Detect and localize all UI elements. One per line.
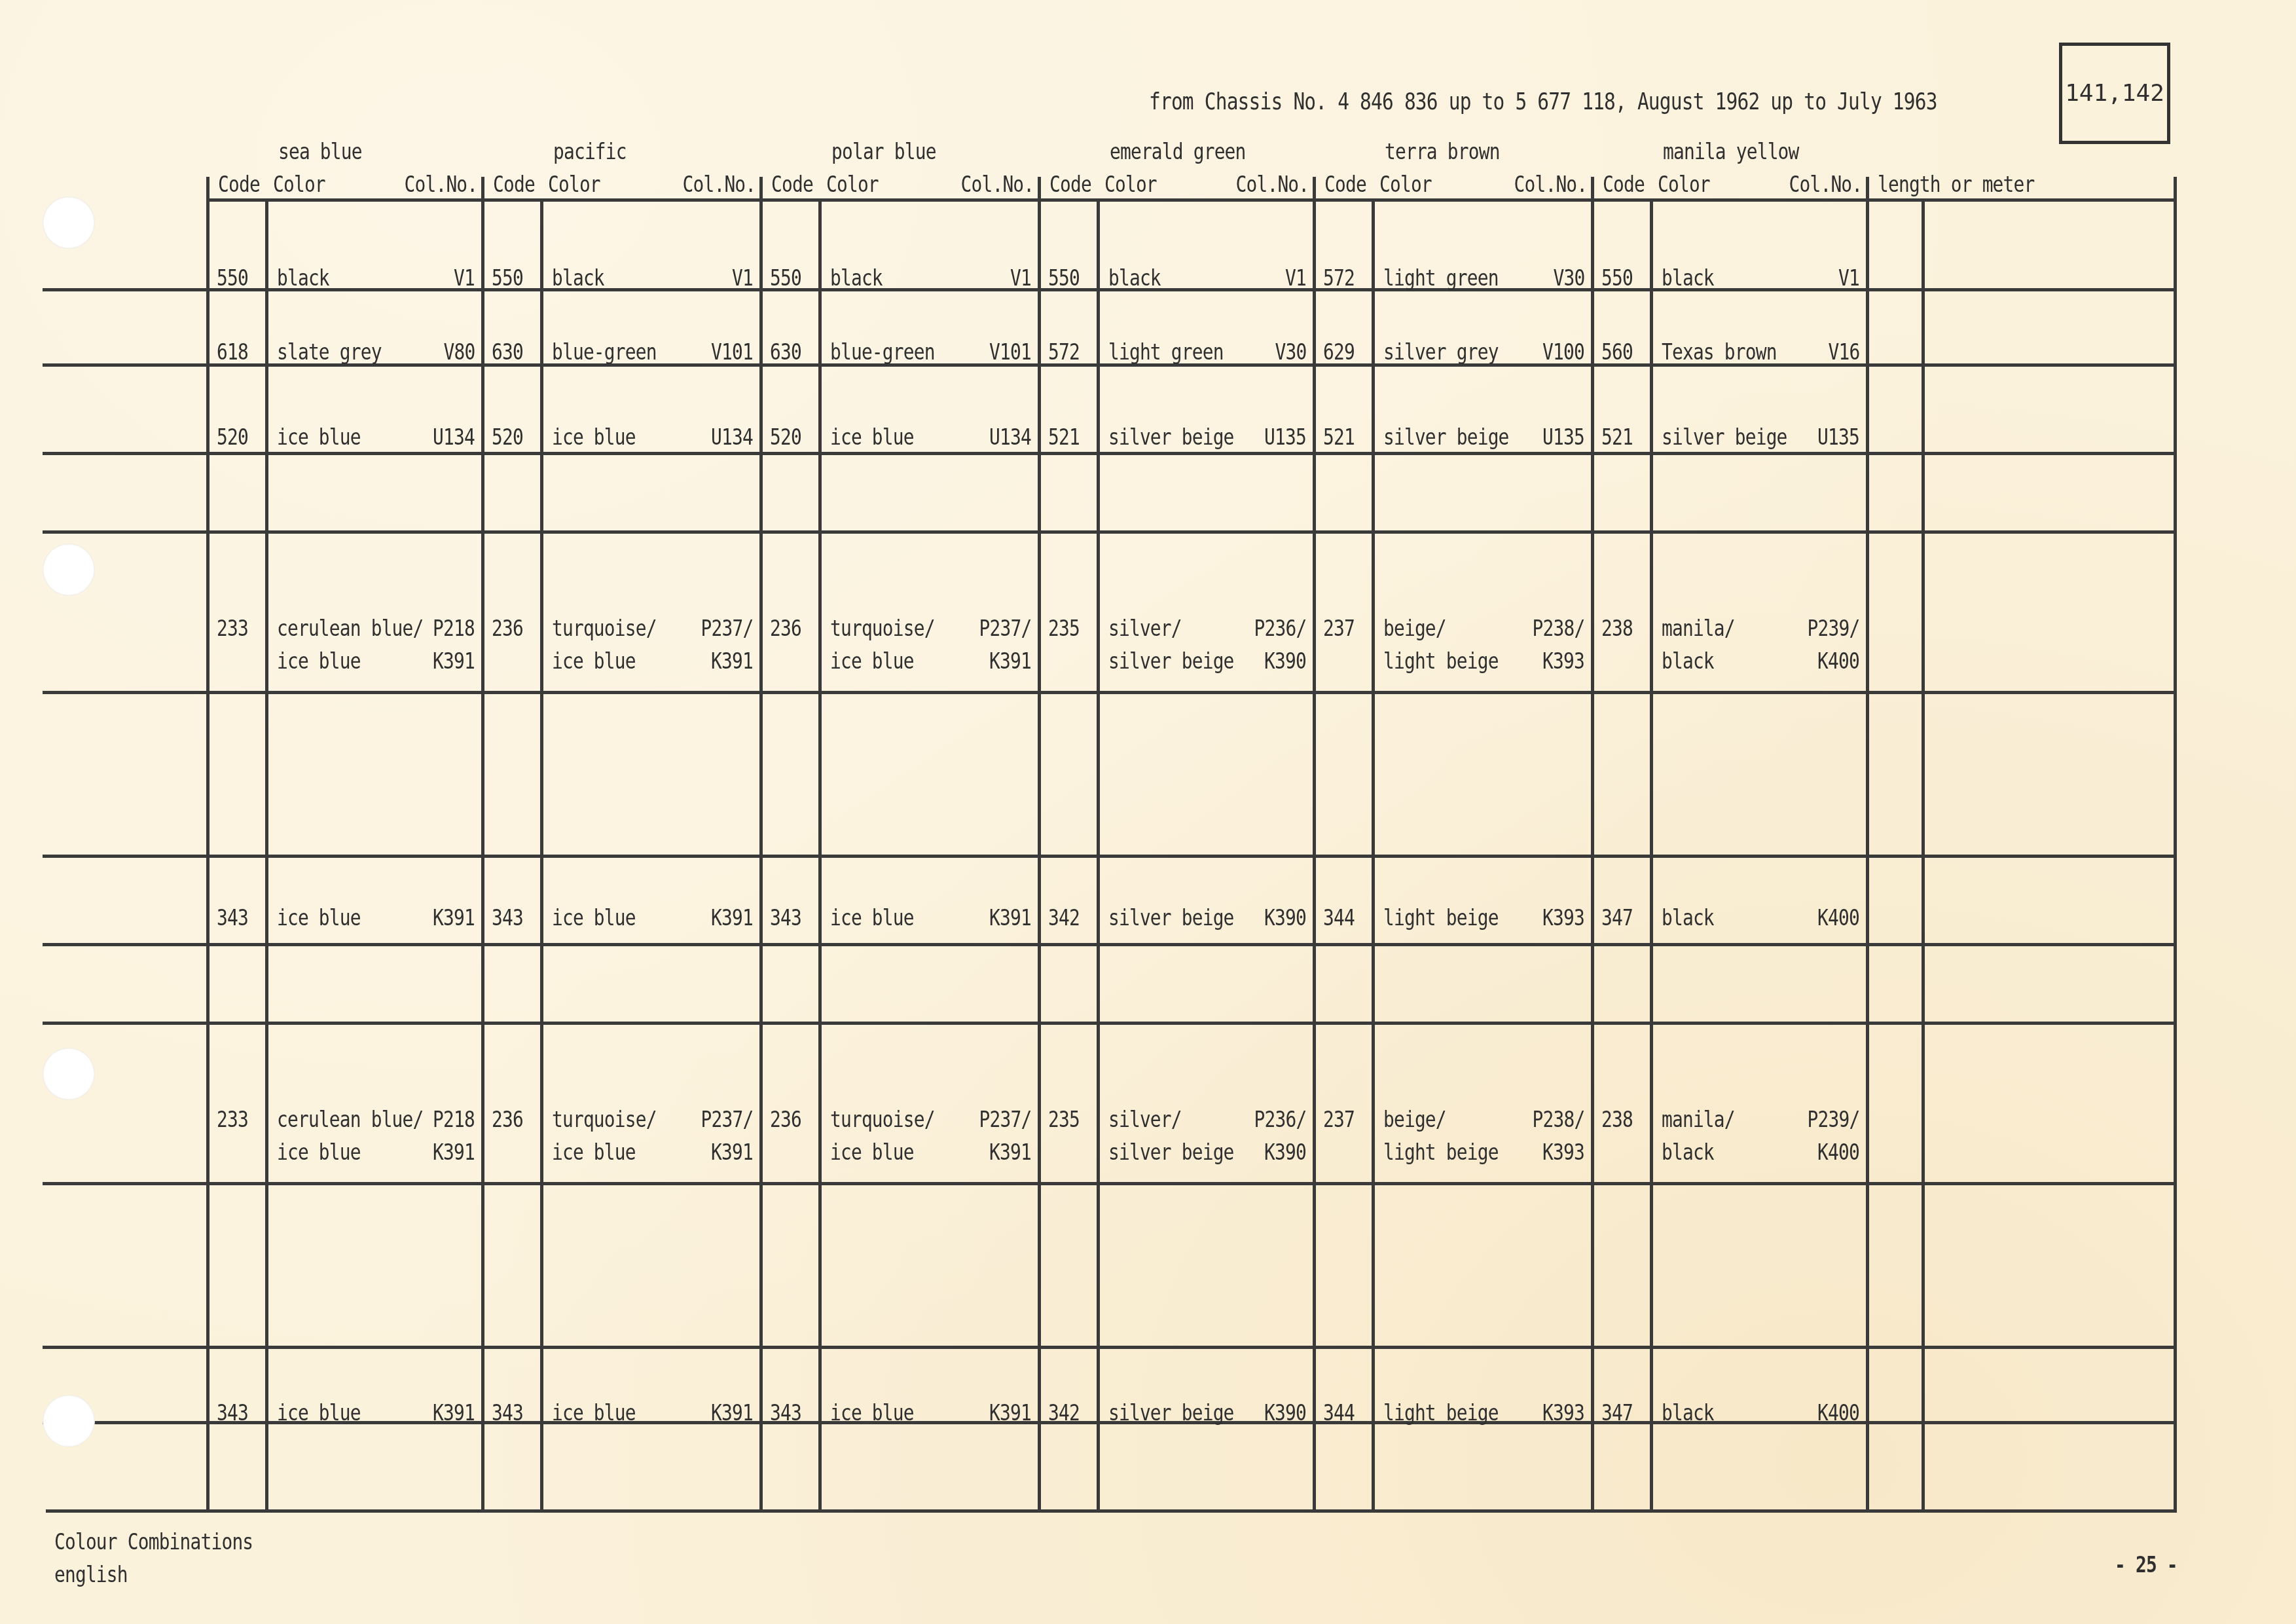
cell-code: 521 [1048, 424, 1080, 451]
column-rule [1097, 198, 1100, 1513]
cell-col-no: V1 [1010, 265, 1031, 291]
cell-code: 233 [217, 616, 248, 642]
cell-code: 550 [217, 265, 248, 291]
cell-color: light beige [1383, 1400, 1499, 1426]
cell-color: silver beige [1108, 424, 1234, 451]
column-rule [265, 198, 268, 1513]
cell-col-no: P238/ [1532, 616, 1584, 642]
cell-code: 520 [492, 424, 523, 451]
cell-color: black [1108, 265, 1161, 291]
cell-col-no: V1 [732, 265, 753, 291]
cell-color-secondary: black [1662, 1139, 1714, 1166]
cell-col-no: P236/ [1254, 1107, 1306, 1133]
column-rule [2174, 177, 2177, 1513]
row-rule [43, 1346, 2177, 1349]
cell-color-secondary: ice blue [277, 1139, 361, 1166]
footer-title: Colour Combinations [54, 1529, 253, 1555]
cell-color: ice blue [552, 424, 636, 451]
cell-col-no-secondary: K393 [1542, 1139, 1584, 1166]
column-header-color: Color [1104, 172, 1157, 198]
punch-hole [43, 1395, 95, 1447]
column-rule [818, 198, 822, 1513]
cell-color-secondary: ice blue [277, 648, 361, 674]
cell-code: 238 [1601, 1107, 1633, 1133]
cell-col-no: K391 [433, 905, 475, 931]
column-rule [1650, 198, 1653, 1513]
cell-code: 520 [217, 424, 248, 451]
cell-color: silver beige [1383, 424, 1509, 451]
cell-code: 235 [1048, 1107, 1080, 1133]
cell-col-no: U134 [711, 424, 753, 451]
cell-color: ice blue [552, 905, 636, 931]
cell-col-no-secondary: K391 [711, 1139, 753, 1166]
cell-col-no: P237/ [701, 616, 753, 642]
header-rule [206, 198, 2177, 202]
cell-col-no: K390 [1264, 905, 1306, 931]
cell-col-no: U135 [1264, 424, 1306, 451]
cell-col-no: K400 [1817, 905, 1859, 931]
cell-code: 343 [770, 1400, 801, 1426]
cell-col-no-secondary: K391 [433, 648, 475, 674]
cell-color: Texas brown [1662, 339, 1777, 365]
row-rule [46, 1509, 2177, 1513]
cell-col-no: K390 [1264, 1400, 1306, 1426]
cell-code: 630 [492, 339, 523, 365]
cell-color-secondary: ice blue [830, 648, 914, 674]
cell-color-secondary: silver beige [1108, 648, 1234, 674]
page-number: - 25 - [2115, 1552, 2178, 1578]
column-rule [759, 177, 763, 1513]
column-rule [1922, 198, 1925, 1513]
cell-code: 344 [1323, 905, 1355, 931]
cell-code: 520 [770, 424, 801, 451]
cell-col-no: V80 [443, 339, 475, 365]
cell-code: 236 [770, 616, 801, 642]
cell-code: 550 [770, 265, 801, 291]
cell-code: 236 [492, 616, 523, 642]
cell-col-no: K391 [711, 905, 753, 931]
cell-code: 550 [1048, 265, 1080, 291]
cell-col-no: K400 [1817, 1400, 1859, 1426]
column-header-col-no: Col.No. [1514, 172, 1587, 198]
column-rule [1313, 177, 1316, 1513]
cell-color: ice blue [552, 1400, 636, 1426]
cell-code: 630 [770, 339, 801, 365]
cell-col-no: K391 [989, 905, 1031, 931]
cell-code: 236 [492, 1107, 523, 1133]
row-rule [43, 855, 2177, 858]
cell-col-no: K391 [989, 1400, 1031, 1426]
cell-code: 347 [1601, 1400, 1633, 1426]
model-number-box: 141,142 [2059, 43, 2170, 144]
cell-color: ice blue [277, 905, 361, 931]
cell-code: 521 [1323, 424, 1355, 451]
column-rule [206, 177, 210, 1513]
cell-code: 237 [1323, 616, 1355, 642]
cell-code: 343 [217, 1400, 248, 1426]
cell-col-no-secondary: K400 [1817, 648, 1859, 674]
cell-color: black [1662, 905, 1714, 931]
column-header-code: Code [1049, 172, 1091, 198]
cell-col-no: P218 [433, 616, 475, 642]
cell-col-no: U134 [433, 424, 475, 451]
cell-col-no-secondary: K393 [1542, 648, 1584, 674]
cell-color: black [552, 265, 604, 291]
cell-col-no: P237/ [979, 1107, 1031, 1133]
column-header-col-no: Col.No. [404, 172, 477, 198]
cell-color: beige/ [1383, 1107, 1446, 1133]
cell-color: silver beige [1108, 905, 1234, 931]
row-rule [43, 691, 2177, 694]
cell-color: ice blue [830, 1400, 914, 1426]
cell-col-no: K391 [711, 1400, 753, 1426]
cell-code: 629 [1323, 339, 1355, 365]
cell-col-no: P237/ [701, 1107, 753, 1133]
column-header-col-no: Col.No. [960, 172, 1034, 198]
cell-code: 572 [1323, 265, 1355, 291]
cell-color: manila/ [1662, 616, 1735, 642]
cell-code: 233 [217, 1107, 248, 1133]
cell-code: 343 [492, 905, 523, 931]
footer-language: english [54, 1562, 128, 1588]
punch-hole [43, 1048, 95, 1100]
cell-color: ice blue [830, 905, 914, 931]
cell-col-no: K391 [433, 1400, 475, 1426]
column-rule [1866, 177, 1869, 1513]
cell-color: ice blue [830, 424, 914, 451]
cell-color: black [1662, 265, 1714, 291]
cell-color: black [830, 265, 883, 291]
cell-color: turquoise/ [830, 616, 935, 642]
cell-code: 237 [1323, 1107, 1355, 1133]
cell-code: 343 [492, 1400, 523, 1426]
cell-color: ice blue [277, 424, 361, 451]
column-rule [1038, 177, 1041, 1513]
cell-col-no: V30 [1553, 265, 1584, 291]
cell-color: cerulean blue/ [277, 616, 424, 642]
column-header-col-no: Col.No. [1235, 172, 1309, 198]
cell-col-no: P238/ [1532, 1107, 1584, 1133]
cell-col-no-secondary: K391 [433, 1139, 475, 1166]
group-title-pacific: pacific [553, 139, 627, 165]
cell-color: silver beige [1662, 424, 1787, 451]
cell-col-no: V101 [711, 339, 753, 365]
cell-col-no: P237/ [979, 616, 1031, 642]
cell-col-no: U134 [989, 424, 1031, 451]
cell-col-no: K393 [1542, 1400, 1584, 1426]
row-rule [43, 530, 2177, 534]
cell-color-secondary: light beige [1383, 648, 1499, 674]
punch-hole [43, 196, 95, 249]
cell-color: silver grey [1383, 339, 1499, 365]
cell-code: 342 [1048, 1400, 1080, 1426]
cell-code: 236 [770, 1107, 801, 1133]
cell-col-no: V1 [1285, 265, 1306, 291]
column-rule [1372, 198, 1375, 1513]
cell-col-no-secondary: K400 [1817, 1139, 1859, 1166]
cell-col-no: P236/ [1254, 616, 1306, 642]
cell-col-no: V100 [1542, 339, 1584, 365]
column-header-code: Code [771, 172, 813, 198]
cell-color-secondary: silver beige [1108, 1139, 1234, 1166]
column-header-code: Code [218, 172, 260, 198]
group-title-polar-blue: polar blue [831, 139, 936, 165]
cell-code: 342 [1048, 905, 1080, 931]
column-header-color: Color [273, 172, 325, 198]
cell-color: light green [1108, 339, 1224, 365]
punch-hole [43, 544, 95, 596]
cell-code: 343 [770, 905, 801, 931]
cell-code: 235 [1048, 616, 1080, 642]
cell-code: 572 [1048, 339, 1080, 365]
column-rule [1591, 177, 1594, 1513]
cell-col-no: V101 [989, 339, 1031, 365]
cell-code: 347 [1601, 905, 1633, 931]
model-numbers: 141,142 [2065, 80, 2164, 107]
cell-color: manila/ [1662, 1107, 1735, 1133]
group-title-terra-brown: terra brown [1385, 139, 1500, 165]
cell-code: 560 [1601, 339, 1633, 365]
cell-color: blue-green [830, 339, 935, 365]
cell-code: 550 [492, 265, 523, 291]
column-header-length: length or meter [1878, 172, 2034, 198]
cell-color-secondary: ice blue [830, 1139, 914, 1166]
column-rule [540, 198, 543, 1513]
column-header-code: Code [1324, 172, 1366, 198]
column-header-color: Color [826, 172, 879, 198]
cell-col-no: V1 [1838, 265, 1859, 291]
cell-col-no: U135 [1817, 424, 1859, 451]
cell-color: beige/ [1383, 616, 1446, 642]
cell-col-no-secondary: K391 [711, 648, 753, 674]
column-header-color: Color [548, 172, 600, 198]
cell-col-no: P218 [433, 1107, 475, 1133]
cell-col-no: P239/ [1807, 616, 1859, 642]
chassis-range-header: from Chassis No. 4 846 836 up to 5 677 1… [1149, 88, 1937, 115]
cell-col-no-secondary: K391 [989, 1139, 1031, 1166]
cell-col-no: V30 [1275, 339, 1306, 365]
cell-col-no-secondary: K390 [1264, 648, 1306, 674]
group-title-manila-yellow: manila yellow [1663, 139, 1799, 165]
row-rule [43, 452, 2177, 455]
cell-color: silver beige [1108, 1400, 1234, 1426]
column-rule [481, 177, 484, 1513]
column-header-color: Color [1379, 172, 1432, 198]
cell-col-no-secondary: K391 [989, 648, 1031, 674]
row-rule [43, 1182, 2177, 1185]
column-header-code: Code [493, 172, 535, 198]
column-header-code: Code [1603, 172, 1645, 198]
cell-col-no: V16 [1828, 339, 1859, 365]
cell-color-secondary: black [1662, 648, 1714, 674]
cell-color: silver/ [1108, 616, 1182, 642]
cell-color: light beige [1383, 905, 1499, 931]
cell-color: light green [1383, 265, 1499, 291]
group-title-sea-blue: sea blue [278, 139, 362, 165]
cell-color: turquoise/ [552, 1107, 657, 1133]
column-header-col-no: Col.No. [1789, 172, 1862, 198]
cell-code: 344 [1323, 1400, 1355, 1426]
cell-code: 521 [1601, 424, 1633, 451]
cell-col-no: K393 [1542, 905, 1584, 931]
row-rule [43, 1022, 2177, 1025]
column-header-col-no: Col.No. [682, 172, 756, 198]
cell-color: ice blue [277, 1400, 361, 1426]
cell-color: blue-green [552, 339, 657, 365]
cell-code: 238 [1601, 616, 1633, 642]
cell-col-no: V1 [454, 265, 475, 291]
cell-color: turquoise/ [552, 616, 657, 642]
cell-code: 550 [1601, 265, 1633, 291]
row-rule [43, 943, 2177, 946]
cell-code: 343 [217, 905, 248, 931]
cell-col-no: P239/ [1807, 1107, 1859, 1133]
cell-color-secondary: ice blue [552, 648, 636, 674]
cell-code: 618 [217, 339, 248, 365]
cell-color: turquoise/ [830, 1107, 935, 1133]
cell-col-no-secondary: K390 [1264, 1139, 1306, 1166]
cell-color-secondary: light beige [1383, 1139, 1499, 1166]
cell-color: cerulean blue/ [277, 1107, 424, 1133]
cell-color: slate grey [277, 339, 382, 365]
cell-color: black [1662, 1400, 1714, 1426]
group-title-emerald-green: emerald green [1110, 139, 1246, 165]
cell-col-no: U135 [1542, 424, 1584, 451]
cell-color: black [277, 265, 329, 291]
cell-color: silver/ [1108, 1107, 1182, 1133]
column-header-color: Color [1658, 172, 1710, 198]
cell-color-secondary: ice blue [552, 1139, 636, 1166]
